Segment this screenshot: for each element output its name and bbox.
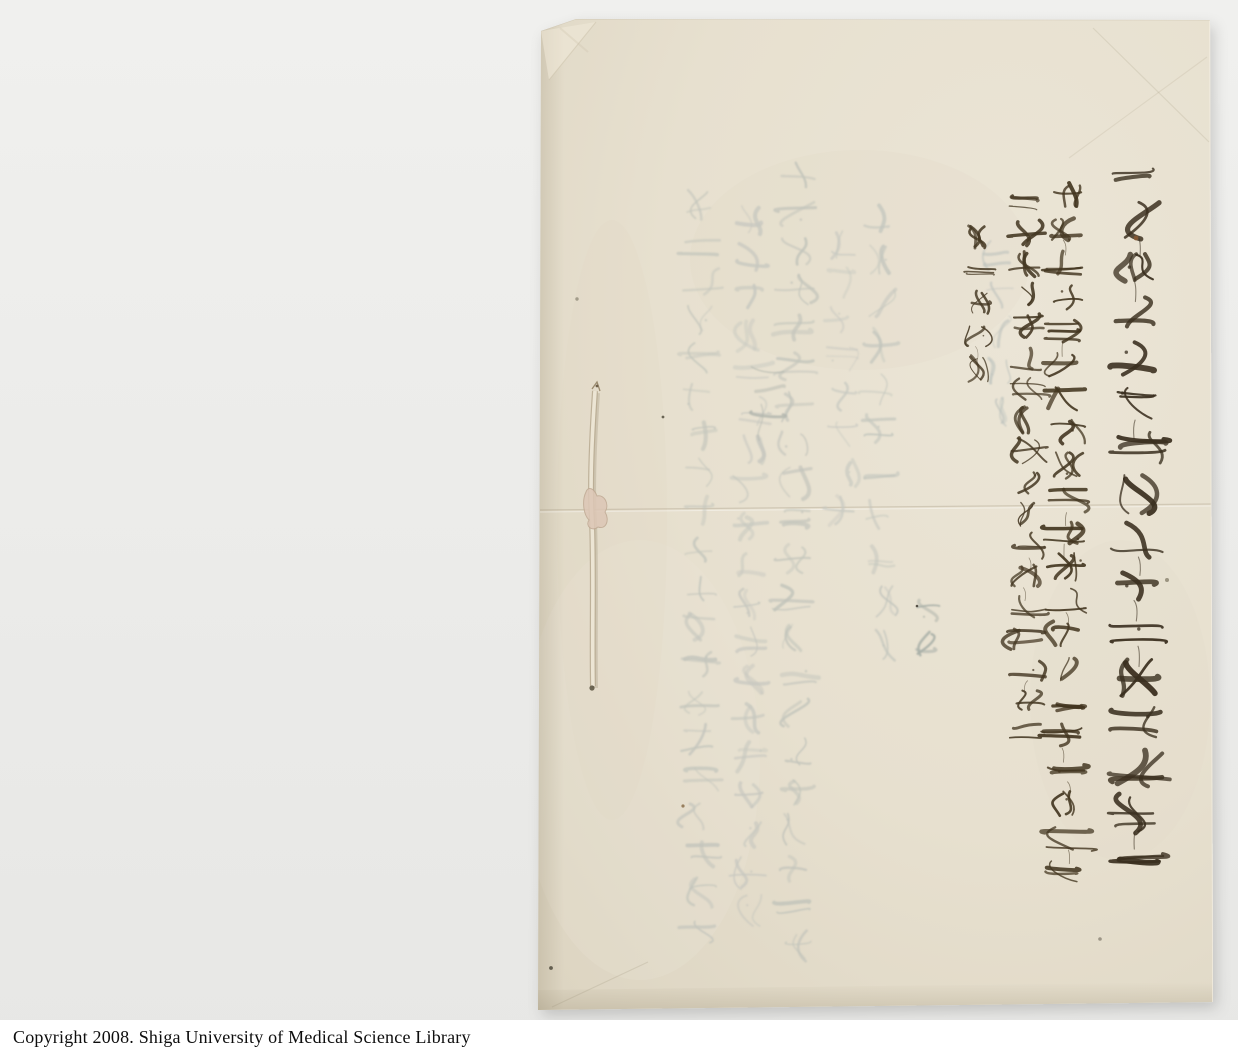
brush-dot <box>923 616 925 618</box>
brush-dot <box>983 335 985 337</box>
brush-dot <box>838 313 840 315</box>
paper-stain <box>916 605 919 608</box>
brush-dot <box>1128 265 1131 268</box>
brush-dot <box>1026 239 1028 241</box>
brush-dot <box>801 511 804 514</box>
brush-stroke <box>1051 772 1085 773</box>
brush-stroke <box>737 377 768 378</box>
paper-stain <box>549 966 553 970</box>
brush-dot <box>749 827 751 829</box>
brush-dot <box>1032 669 1034 671</box>
paper-stain <box>575 297 578 300</box>
paper-stain <box>662 416 665 419</box>
brush-stroke <box>770 600 813 602</box>
copyright-bar: Copyright 2008. Shiga University of Medi… <box>0 1020 1238 1054</box>
brush-stroke <box>685 658 715 660</box>
brush-dot <box>1066 472 1069 475</box>
brush-dot <box>746 612 748 614</box>
brush-dot <box>1034 474 1036 476</box>
brush-dot <box>1121 391 1124 394</box>
brush-dot <box>1146 715 1149 718</box>
brush-stroke <box>684 780 722 781</box>
brush-dot <box>800 218 803 221</box>
paper-stain <box>681 804 684 807</box>
brush-dot <box>790 281 793 284</box>
photograph: 右品り数田沼村ら者〆松木訳ゟ五玉け長ら中よ由田沼村も三同川凱隣之吏実又浸浪相物ニ… <box>0 0 1238 1054</box>
brush-stroke <box>678 253 717 254</box>
brush-stroke <box>684 730 710 731</box>
brush-dot <box>1065 798 1068 801</box>
brush-dot <box>1125 350 1128 353</box>
brush-stroke <box>687 845 717 846</box>
brush-stroke <box>739 749 766 750</box>
brush-dot <box>737 517 739 519</box>
brush-stroke <box>1045 324 1078 325</box>
brush-dot <box>790 758 793 761</box>
brush-stroke <box>678 352 718 355</box>
paper-stain <box>1098 937 1102 941</box>
brush-dot <box>705 656 707 658</box>
brush-dot <box>848 471 850 473</box>
brush-stroke <box>1108 813 1153 814</box>
brush-dot <box>746 904 748 906</box>
brush-stroke <box>1010 737 1041 738</box>
brush-dot <box>705 319 707 321</box>
brush-dot <box>1077 538 1080 541</box>
brush-dot <box>1125 584 1128 587</box>
brush-dot <box>787 818 790 821</box>
brush-stroke <box>1039 735 1080 737</box>
paper-stain <box>1134 236 1139 241</box>
brush-dot <box>805 670 808 673</box>
brush-dot <box>877 426 879 428</box>
brush-dot <box>785 445 788 448</box>
paper-tone-blotch <box>557 220 667 820</box>
binding-string-top-dot <box>596 385 599 388</box>
brush-dot <box>750 870 752 872</box>
photo-stage: 右品り数田沼村ら者〆松木訳ゟ五玉け長ら中よ由田沼村も三同川凱隣之吏実又浸浪相物ニ… <box>0 0 1238 1054</box>
brush-stroke <box>1015 328 1044 329</box>
brush-dot <box>882 644 884 646</box>
brush-dot <box>759 749 761 751</box>
brush-dot <box>1058 770 1061 773</box>
brush-stroke <box>1050 490 1086 491</box>
brush-stroke <box>1046 268 1080 269</box>
manuscript-paper: 右品り数田沼村ら者〆松木訳ゟ五玉け長ら中よ由田沼村も三同川凱隣之吏実又浸浪相物ニ… <box>520 19 1213 1010</box>
binding-string-bottom-dot <box>589 685 594 690</box>
brush-dot <box>1137 627 1140 630</box>
brush-dot <box>991 374 993 376</box>
paper-tone-blotch <box>690 150 1030 370</box>
paper-stain <box>1165 578 1169 582</box>
brush-dot <box>1071 429 1074 432</box>
brush-dot <box>1061 290 1064 293</box>
brush-dot <box>1079 559 1082 562</box>
brush-stroke <box>1045 389 1086 390</box>
brush-dot <box>885 259 887 261</box>
brush-dot <box>832 359 834 361</box>
brush-dot <box>687 403 689 405</box>
copyright-text: Copyright 2008. Shiga University of Medi… <box>13 1027 471 1048</box>
paper-left-edge-shade <box>538 19 564 1010</box>
